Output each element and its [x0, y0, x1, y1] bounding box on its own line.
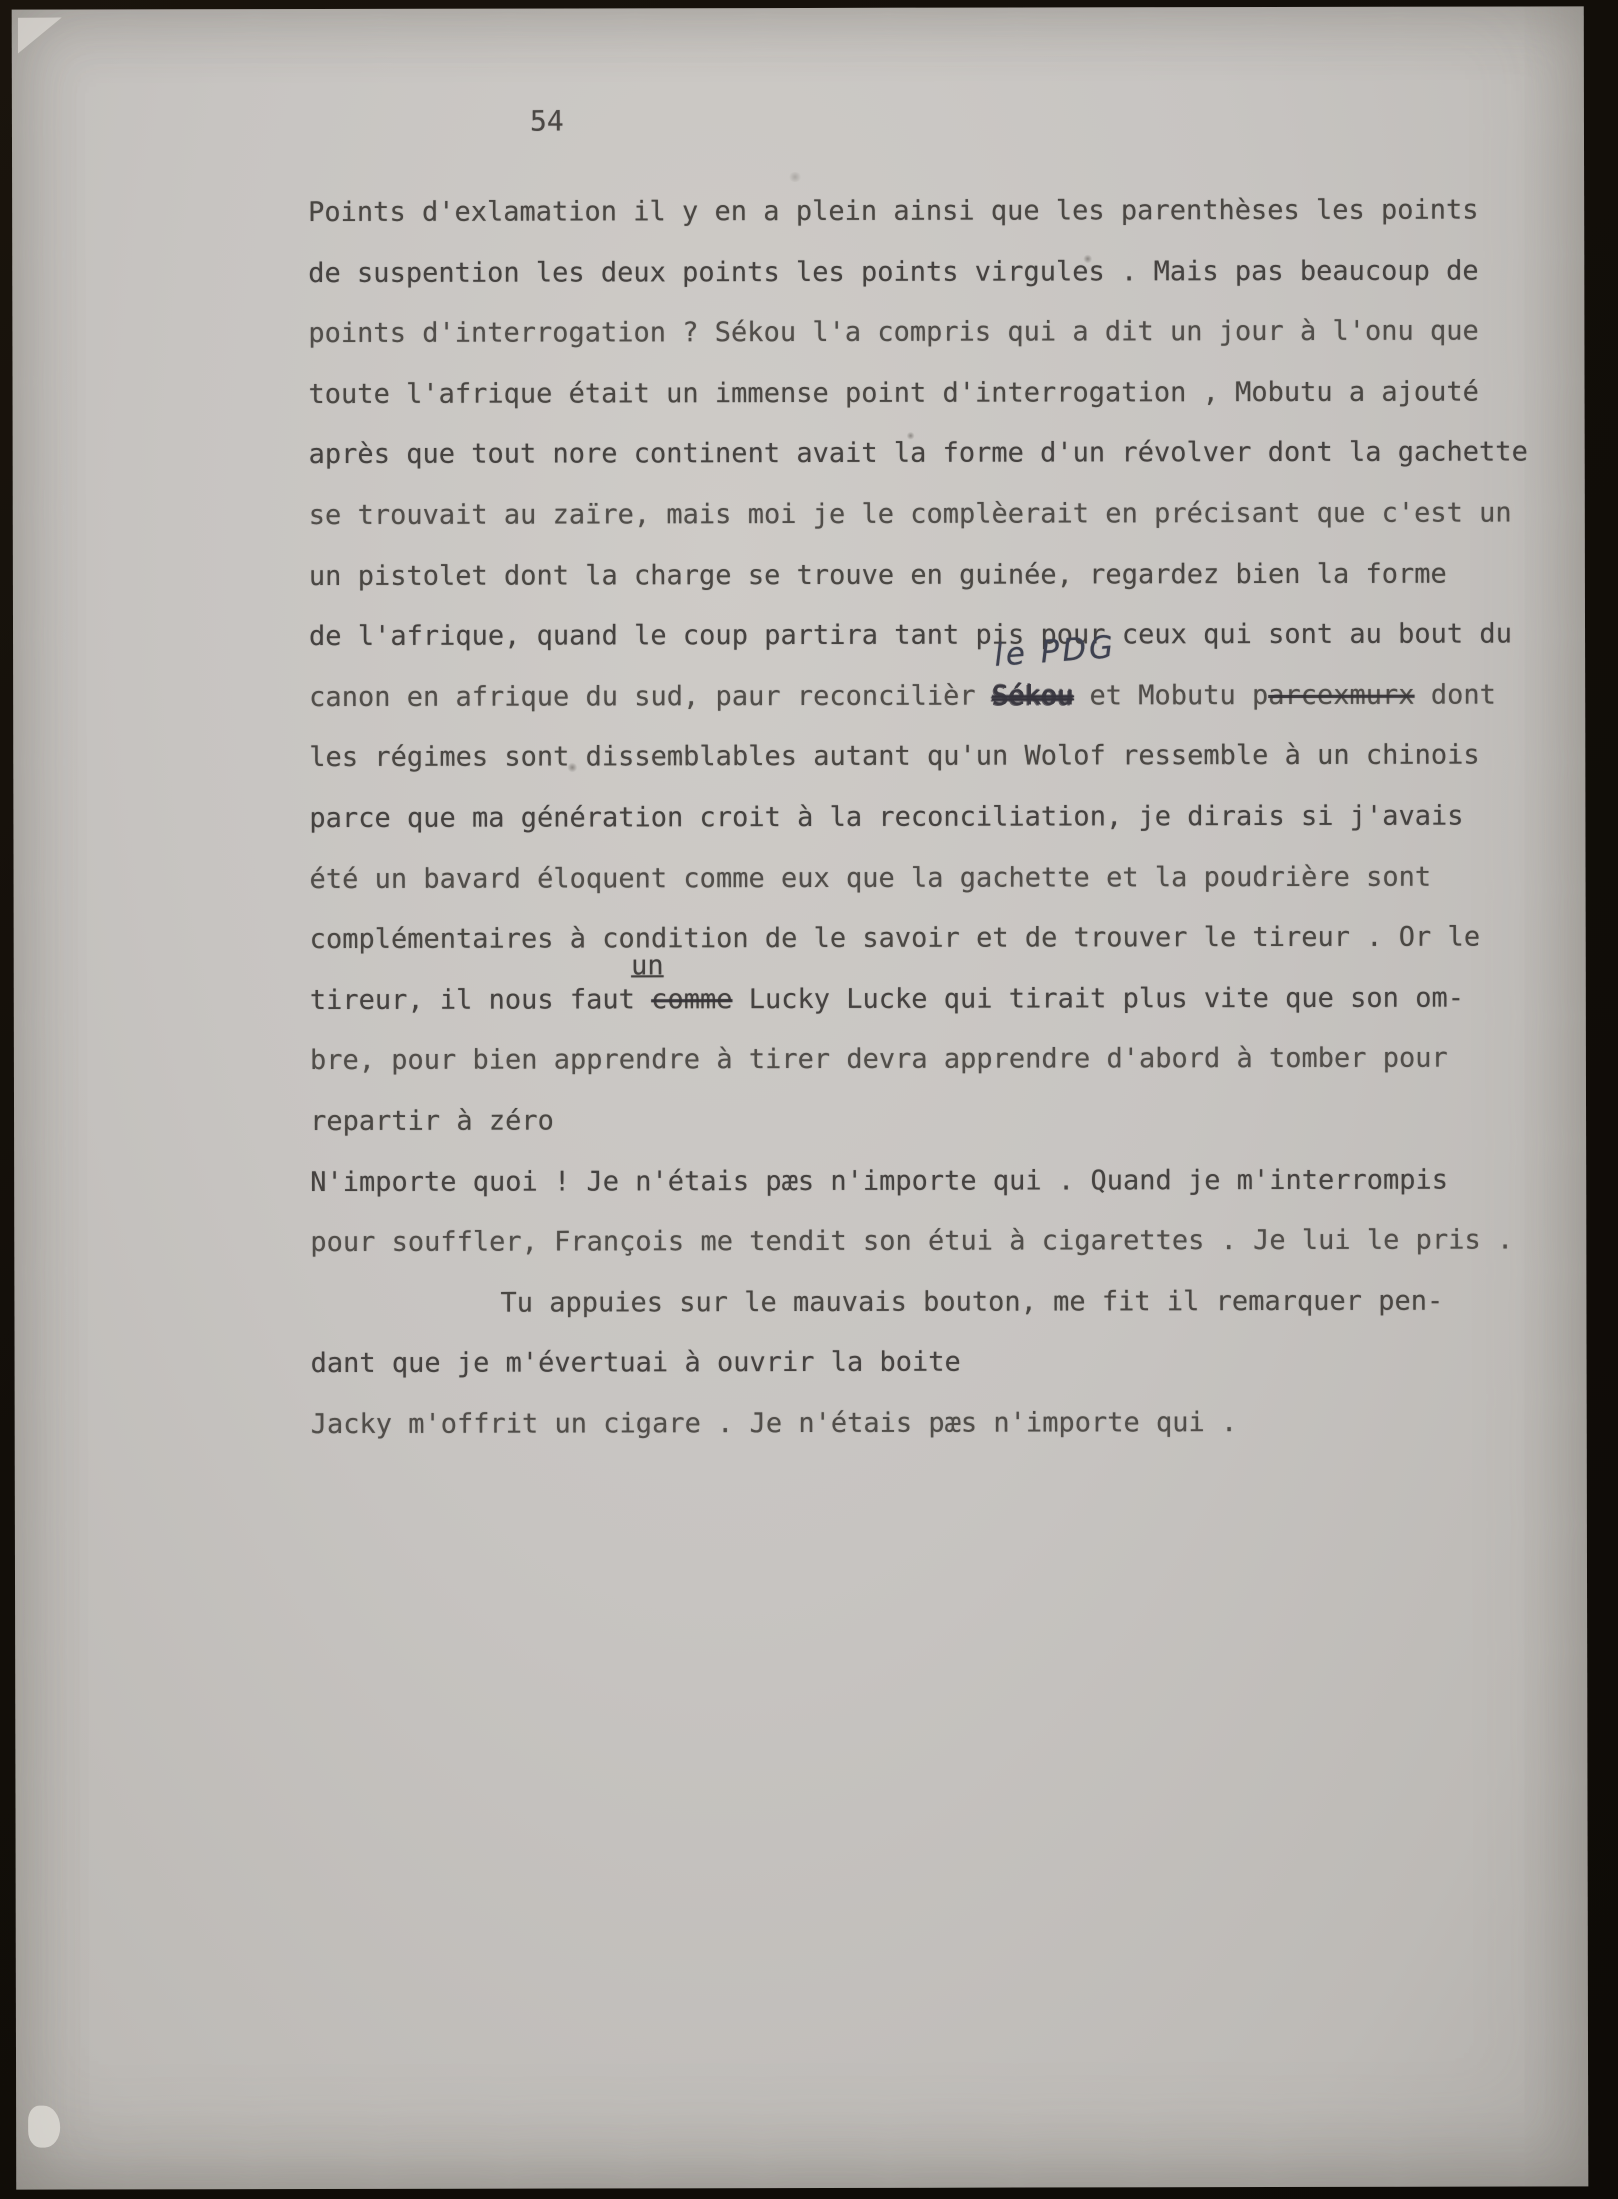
line-segment: dont	[1415, 679, 1496, 710]
text-line: N'importe quoi ! Je n'étais pæs n'import…	[310, 1150, 1586, 1213]
paper-corner-tear-top-left	[18, 18, 62, 54]
text-line: après que tout nore continent avait la f…	[309, 423, 1585, 486]
text-line: les régimes sont dissemblables autant qu…	[309, 726, 1585, 789]
text-line: parce que ma génération croit à la recon…	[309, 786, 1585, 849]
text-line: pour souffler, François me tendit son ét…	[310, 1210, 1586, 1273]
paper-stain	[788, 172, 802, 182]
paper-corner-tear-bottom-left	[28, 2106, 60, 2148]
page-number: 54	[530, 104, 564, 137]
text-line: se trouvait au zaïre, mais moi je le com…	[309, 483, 1585, 546]
text-line: canon en afrique du sud, paur reconciliè…	[309, 665, 1585, 728]
text-line: toute l'afrique était un immense point d…	[308, 362, 1584, 425]
struck-word: Sékou	[992, 680, 1073, 711]
document-page: 54 Points d'exlamation il y en a plein a…	[12, 6, 1589, 2189]
text-line: de l'afrique, quand le coup partira tant…	[309, 605, 1585, 668]
line-segment: Lucky Lucke qui tirait plus vite que son…	[732, 982, 1464, 1015]
text-line: bre, pour bien apprendre à tirer devra a…	[310, 1029, 1586, 1092]
struck-word: comme	[651, 984, 732, 1015]
line-segment: tireur, il nous faut	[310, 984, 651, 1016]
handwritten-note: le PDG	[993, 632, 1117, 671]
correction-wrap: Sékoule PDG	[992, 666, 1073, 727]
struck-word: arcexmurx	[1268, 679, 1414, 710]
typewritten-text-block: Points d'exlamation il y en a plein ains…	[308, 180, 1587, 1455]
text-line: dant que je m'évertuai à ouvrir la boite	[310, 1332, 1586, 1395]
text-line: repartir à zéro	[310, 1089, 1586, 1152]
text-line: tireur, il nous faut commeun Lucky Lucke…	[310, 968, 1586, 1031]
text-line: points d'interrogation ? Sékou l'a compr…	[308, 302, 1584, 365]
line-segment: et Mobutu p	[1073, 680, 1268, 711]
text-line: été un bavard éloquent comme eux que la …	[309, 847, 1585, 910]
text-line: de suspention les deux points les points…	[308, 241, 1584, 304]
text-line: Jacky m'offrit un cigare . Je n'étais pæ…	[311, 1392, 1587, 1455]
line-segment: canon en afrique du sud, paur reconciliè…	[309, 680, 992, 712]
typed-correction: un	[631, 952, 664, 979]
text-line: Points d'exlamation il y en a plein ains…	[308, 180, 1584, 243]
text-line: complémentaires à condition de le savoir…	[310, 907, 1586, 970]
text-line: un pistolet dont la charge se trouve en …	[309, 544, 1585, 607]
text-line: Tu appuies sur le mauvais bouton, me fit…	[310, 1271, 1586, 1334]
correction-wrap: commeun	[651, 970, 732, 1031]
